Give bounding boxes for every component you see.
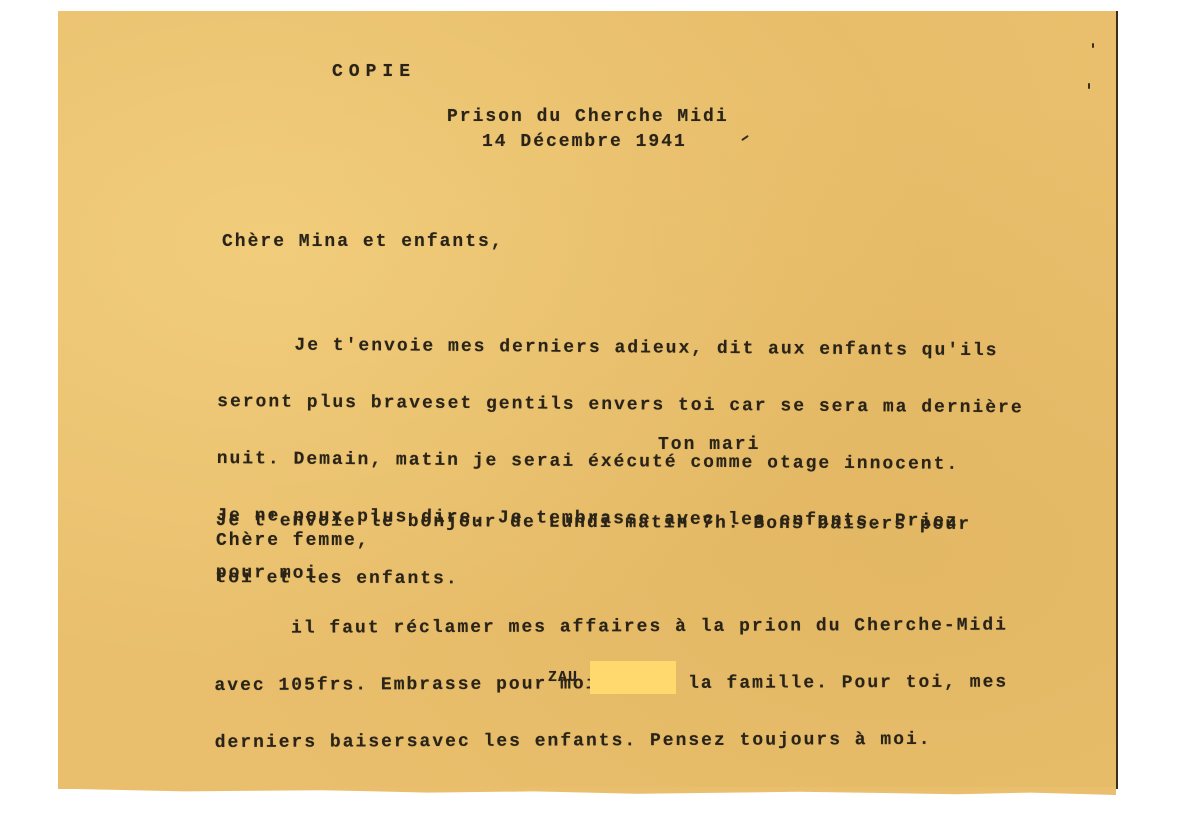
text-line: il faut réclamer mes affaires à la prion… xyxy=(214,617,1008,639)
signature-name: ZAU xyxy=(548,668,578,687)
text-line: Je t'envoie mes derniers adieux, dit aux… xyxy=(218,336,1025,361)
signature-redaction-box xyxy=(590,661,676,694)
text-line: seront plus braveset gentils envers toi … xyxy=(217,393,1024,418)
copie-heading: COPIE xyxy=(332,63,416,82)
staple-hole-mark xyxy=(1092,43,1094,48)
salutation-chere-femme: Chère femme, xyxy=(216,532,370,551)
staple-hole-mark xyxy=(1088,83,1090,89)
torn-bottom-edge xyxy=(58,787,1116,795)
text-line: derniers baisersavec les enfants. Pensez… xyxy=(215,731,1009,753)
signoff-ton-mari: Ton mari xyxy=(658,436,760,455)
letter-date: 14 Décembre 1941 xyxy=(482,133,687,152)
text-line: nuit. Demain, matin je serai éxécuté com… xyxy=(217,450,1024,475)
letter-place: Prison du Cherche Midi xyxy=(447,108,729,127)
salutation-mina: Chère Mina et enfants, xyxy=(222,233,504,252)
